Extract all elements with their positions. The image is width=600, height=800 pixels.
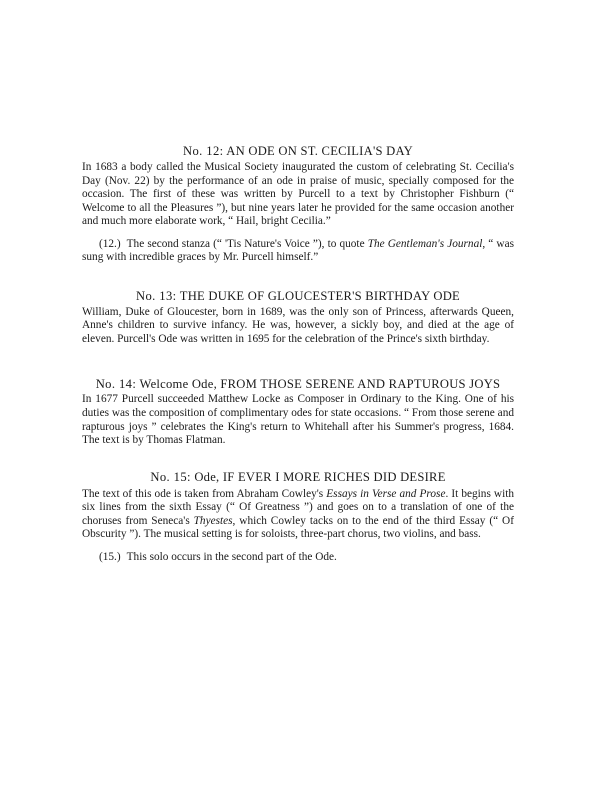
paragraph-text: In 1683 a body called the Musical Societ… — [82, 161, 514, 227]
section-number: No. 12: — [183, 144, 224, 158]
footnote-ref: (15.) — [99, 551, 121, 563]
paragraph-text: William, Duke of Gloucester, born in 168… — [82, 306, 514, 345]
paragraph-text: The text of this ode is taken from Abrah… — [82, 488, 326, 500]
footnote-15: (15.)This solo occurs in the second part… — [82, 551, 514, 565]
book-title-thyestes: Thyestes — [194, 515, 233, 527]
book-title-essays: Essays in Verse and Prose — [326, 488, 445, 500]
section-paragraph-13: William, Duke of Gloucester, born in 168… — [82, 306, 514, 347]
footnote-text: The second stanza (“ 'Tis Nature's Voice… — [127, 238, 368, 250]
section-title: THE DUKE OF GLOUCESTER'S BIRTHDAY ODE — [180, 289, 460, 303]
section-heading-15: No. 15: Ode, IF EVER I MORE RICHES DID D… — [82, 469, 514, 485]
footnote-ref: (12.) — [99, 238, 121, 250]
section-number: No. 14: — [96, 377, 137, 391]
section-number: No. 13: — [136, 289, 177, 303]
section-number: No. 15: — [150, 470, 191, 484]
section-heading-13: No. 13: THE DUKE OF GLOUCESTER'S BIRTHDA… — [82, 288, 514, 304]
section-title: AN ODE ON ST. CECILIA'S DAY — [226, 144, 413, 158]
footnote-text: This solo occurs in the second part of t… — [127, 551, 337, 563]
section-paragraph-12: In 1683 a body called the Musical Societ… — [82, 161, 514, 229]
document-page: No. 12: AN ODE ON ST. CECILIA'S DAY In 1… — [82, 143, 514, 564]
footnote-12: (12.)The second stanza (“ 'Tis Nature's … — [82, 238, 514, 265]
section-paragraph-14: In 1677 Purcell succeeded Matthew Locke … — [82, 393, 514, 447]
footnote-italic-title: The Gentleman's Journal — [368, 238, 483, 250]
section-title: Ode, IF EVER I MORE RICHES DID DESIRE — [194, 470, 445, 484]
section-heading-12: No. 12: AN ODE ON ST. CECILIA'S DAY — [82, 143, 514, 159]
section-paragraph-15: The text of this ode is taken from Abrah… — [82, 488, 514, 542]
section-title: Welcome Ode, FROM THOSE SERENE AND RAPTU… — [139, 377, 500, 391]
paragraph-text: In 1677 Purcell succeeded Matthew Locke … — [82, 393, 514, 446]
section-heading-14: No. 14: Welcome Ode, FROM THOSE SERENE A… — [82, 376, 514, 392]
